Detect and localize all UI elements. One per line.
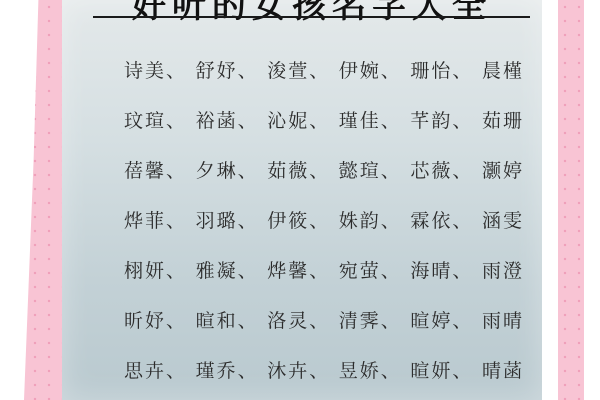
name-row: 栩妍、雅凝、烨馨、宛萤、海晴、雨澄	[124, 244, 524, 294]
name-item: 霖依、	[410, 206, 473, 233]
name-item: 浚萱、	[267, 56, 330, 83]
name-item: 烨菲、	[124, 206, 187, 233]
name-item: 伊筱、	[267, 206, 330, 233]
name-row: 蓓馨、夕琳、茹薇、懿瑄、芯薇、灏婷	[124, 144, 524, 194]
name-item: 羽璐、	[196, 206, 259, 233]
name-item: 瑾乔、	[196, 356, 259, 383]
page-title: 好听的女孩名字大全	[92, 0, 532, 27]
name-row: 烨菲、羽璐、伊筱、姝韵、霖依、涵雯	[124, 194, 524, 244]
name-row: 昕妤、暄和、洛灵、清霁、暄婷、雨晴	[124, 294, 524, 344]
name-item: 芊韵、	[410, 106, 473, 133]
name-item: 沁妮、	[267, 106, 330, 133]
name-item: 暄妍、	[410, 356, 473, 383]
name-item: 灏婷	[482, 156, 524, 183]
name-item: 栩妍、	[124, 256, 187, 283]
name-item: 裕菡、	[196, 106, 259, 133]
name-item: 昱娇、	[339, 356, 402, 383]
name-item: 诗美、	[124, 56, 187, 83]
name-item: 涵雯	[482, 206, 524, 233]
name-item: 晴菡	[482, 356, 524, 383]
name-item: 思卉、	[124, 356, 187, 383]
name-row: 诗美、舒妤、浚萱、伊婉、珊怡、晨槿	[124, 44, 524, 94]
name-item: 昕妤、	[124, 306, 187, 333]
name-item: 宛萤、	[339, 256, 402, 283]
title-divider	[93, 16, 530, 18]
name-item: 姝韵、	[339, 206, 402, 233]
name-item: 舒妤、	[196, 56, 259, 83]
name-item: 蓓馨、	[124, 156, 187, 183]
name-item: 雨澄	[482, 256, 524, 283]
name-item: 夕琳、	[196, 156, 259, 183]
name-item: 海晴、	[410, 256, 473, 283]
name-item: 懿瑄、	[339, 156, 402, 183]
name-item: 瑾佳、	[339, 106, 402, 133]
name-item: 玟瑄、	[124, 106, 187, 133]
name-item: 茹珊	[482, 106, 524, 133]
name-item: 清霁、	[339, 306, 402, 333]
name-item: 茹薇、	[267, 156, 330, 183]
name-item: 晨槿	[482, 56, 524, 83]
name-item: 雅凝、	[196, 256, 259, 283]
name-list-poster: 好听的女孩名字大全 诗美、舒妤、浚萱、伊婉、珊怡、晨槿 玟瑄、裕菡、沁妮、瑾佳、…	[0, 0, 600, 400]
name-item: 雨晴	[482, 306, 524, 333]
name-item: 伊婉、	[339, 56, 402, 83]
name-item: 珊怡、	[410, 56, 473, 83]
name-item: 沐卉、	[267, 356, 330, 383]
name-item: 洛灵、	[267, 306, 330, 333]
name-item: 暄和、	[196, 306, 259, 333]
name-row: 思卉、瑾乔、沐卉、昱娇、暄妍、晴菡	[124, 344, 524, 394]
name-list: 诗美、舒妤、浚萱、伊婉、珊怡、晨槿 玟瑄、裕菡、沁妮、瑾佳、芊韵、茹珊 蓓馨、夕…	[124, 44, 524, 394]
name-item: 暄婷、	[410, 306, 473, 333]
name-row: 玟瑄、裕菡、沁妮、瑾佳、芊韵、茹珊	[124, 94, 524, 144]
name-item: 芯薇、	[410, 156, 473, 183]
name-item: 烨馨、	[267, 256, 330, 283]
pink-dotted-border-right	[558, 0, 584, 400]
